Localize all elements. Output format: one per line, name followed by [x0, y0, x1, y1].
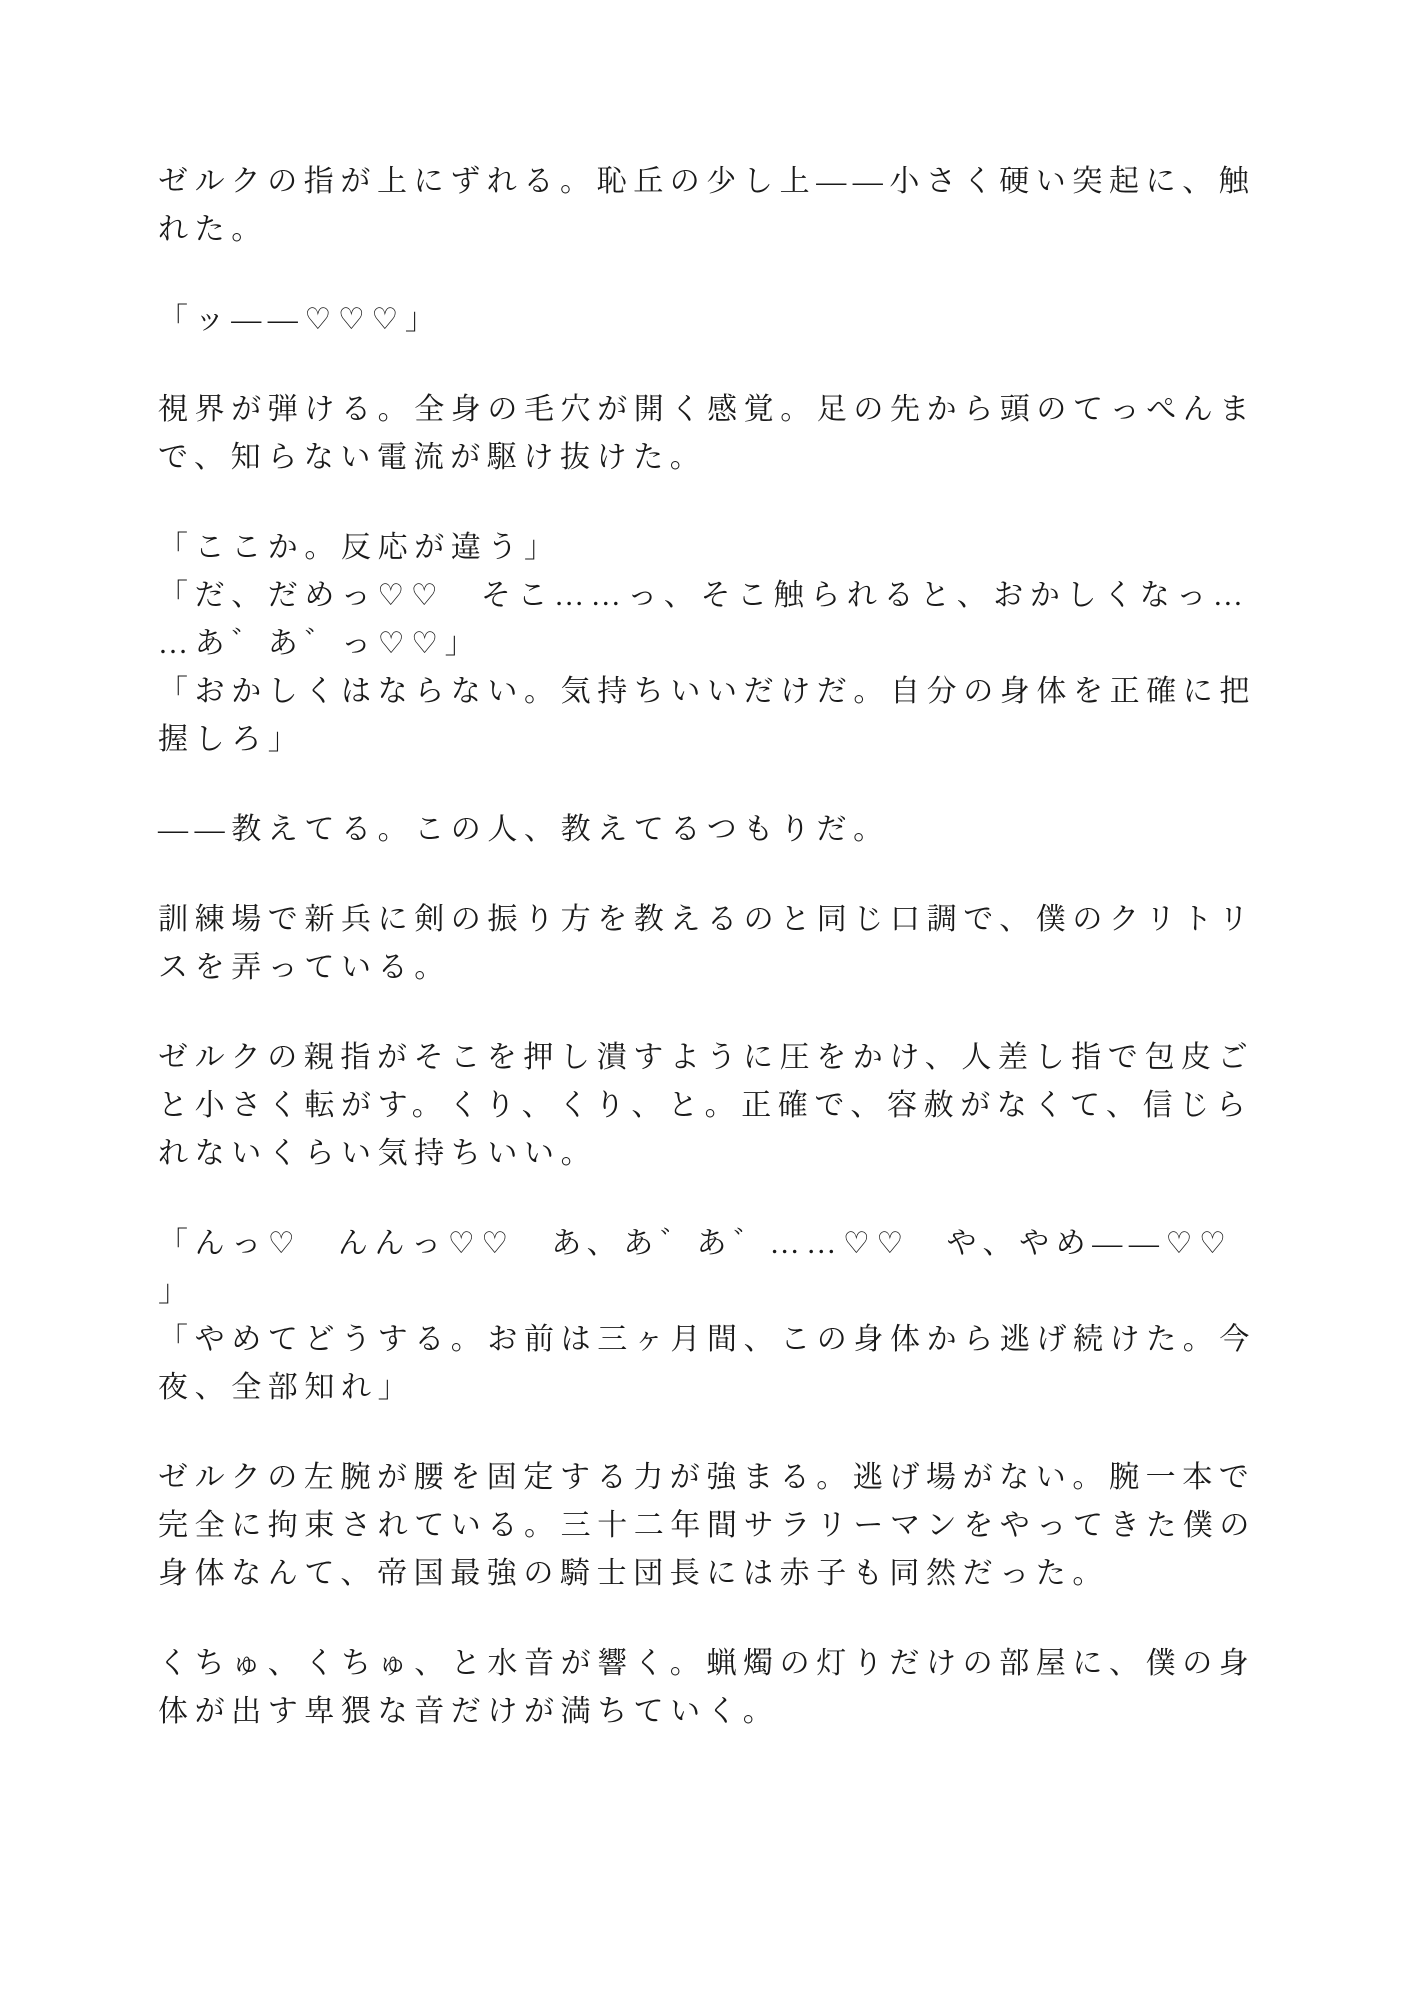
paragraph-6: 訓練場で新兵に剣の振り方を教えるのと同じ口調で、僕のクリトリ スを弄っている。 — [158, 896, 1273, 992]
text-line: 訓練場で新兵に剣の振り方を教えるのと同じ口調で、僕のクリトリ — [158, 896, 1273, 944]
text-line: 体が出す卑猥な音だけが満ちていく。 — [158, 1688, 1273, 1736]
text-line: ゼルクの指が上にずれる。恥丘の少し上——小さく硬い突起に、触 — [158, 158, 1273, 206]
paragraph-5: ——教えてる。この人、教えてるつもりだ。 — [158, 806, 1273, 854]
text-line: 視界が弾ける。全身の毛穴が開く感覚。足の先から頭のてっぺんま — [158, 386, 1273, 434]
text-line: スを弄っている。 — [158, 944, 1273, 992]
text-line: 握しろ」 — [158, 716, 1273, 764]
text-line: と小さく転がす。くり、くり、と。正確で、容赦がなくて、信じら — [158, 1082, 1273, 1130]
text-line: 「だ、だめっ♡♡ そこ……っ、そこ触られると、おかしくなっ… — [158, 572, 1273, 620]
text-line: 「おかしくはならない。気持ちいいだけだ。自分の身体を正確に把 — [158, 668, 1273, 716]
paragraph-10: くちゅ、くちゅ、と水音が響く。蝋燭の灯りだけの部屋に、僕の身 体が出す卑猥な音だ… — [158, 1640, 1273, 1736]
paragraph-4: 「ここか。反応が違う」 「だ、だめっ♡♡ そこ……っ、そこ触られると、おかしくな… — [158, 524, 1273, 764]
page: ゼルクの指が上にずれる。恥丘の少し上——小さく硬い突起に、触 れた。 「ッ——♡… — [0, 0, 1415, 2000]
text-line: 夜、全部知れ」 — [158, 1364, 1273, 1412]
text-line: れないくらい気持ちいい。 — [158, 1130, 1273, 1178]
text-line: 完全に拘束されている。三十二年間サラリーマンをやってきた僕の — [158, 1502, 1273, 1550]
paragraph-9: ゼルクの左腕が腰を固定する力が強まる。逃げ場がない。腕一本で 完全に拘束されてい… — [158, 1454, 1273, 1598]
paragraph-7: ゼルクの親指がそこを押し潰すように圧をかけ、人差し指で包皮ご と小さく転がす。く… — [158, 1034, 1273, 1178]
text-line: 「ここか。反応が違う」 — [158, 524, 1273, 572]
paragraph-2: 「ッ——♡♡♡」 — [158, 296, 1273, 344]
text-line: 身体なんて、帝国最強の騎士団長には赤子も同然だった。 — [158, 1550, 1273, 1598]
text-line: ゼルクの左腕が腰を固定する力が強まる。逃げ場がない。腕一本で — [158, 1454, 1273, 1502]
text-line: で、知らない電流が駆け抜けた。 — [158, 434, 1273, 482]
text-line: 「ッ——♡♡♡」 — [158, 296, 1273, 344]
paragraph-8: 「んっ♡ んんっ♡♡ あ、あ゛あ゛……♡♡ や、やめ——♡♡ 」 「やめてどうす… — [158, 1220, 1273, 1412]
text-line: ——教えてる。この人、教えてるつもりだ。 — [158, 806, 1273, 854]
text-line: 「んっ♡ んんっ♡♡ あ、あ゛あ゛……♡♡ や、やめ——♡♡ — [158, 1220, 1273, 1268]
text-line: ゼルクの親指がそこを押し潰すように圧をかけ、人差し指で包皮ご — [158, 1034, 1273, 1082]
text-line: れた。 — [158, 206, 1273, 254]
text-line: くちゅ、くちゅ、と水音が響く。蝋燭の灯りだけの部屋に、僕の身 — [158, 1640, 1273, 1688]
paragraph-3: 視界が弾ける。全身の毛穴が開く感覚。足の先から頭のてっぺんま で、知らない電流が… — [158, 386, 1273, 482]
text-line: 」 — [158, 1268, 1273, 1316]
text-line: 「やめてどうする。お前は三ヶ月間、この身体から逃げ続けた。今 — [158, 1316, 1273, 1364]
novel-text-block: ゼルクの指が上にずれる。恥丘の少し上——小さく硬い突起に、触 れた。 「ッ——♡… — [158, 158, 1273, 1736]
paragraph-1: ゼルクの指が上にずれる。恥丘の少し上——小さく硬い突起に、触 れた。 — [158, 158, 1273, 254]
text-line: …あ゛あ゛っ♡♡」 — [158, 620, 1273, 668]
